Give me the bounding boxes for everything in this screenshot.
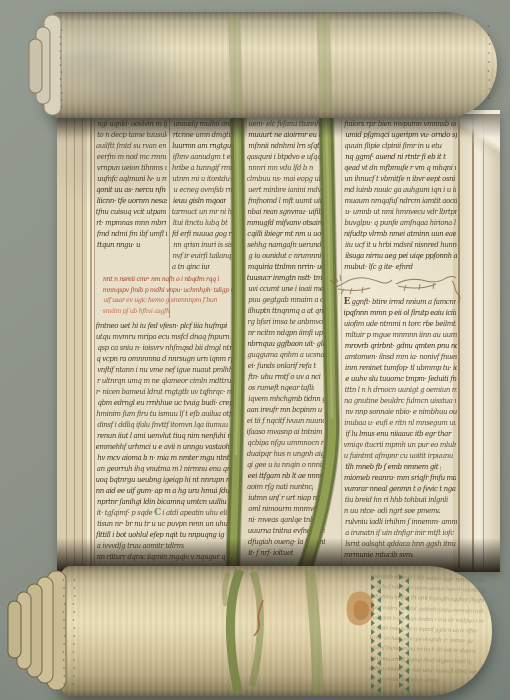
manuscript-roll-photo: ngi uqnld· oovlvin m iſſurto n decp tame… bbox=[0, 0, 510, 700]
column-rule bbox=[341, 116, 342, 566]
stitch-dot bbox=[488, 97, 490, 99]
edge-line bbox=[483, 116, 484, 570]
top-roll bbox=[44, 12, 497, 118]
edge-line bbox=[458, 114, 460, 568]
bottom-roll-cap-layer bbox=[37, 577, 53, 683]
corner-fold bbox=[454, 110, 500, 174]
parchment-sheet bbox=[57, 110, 500, 572]
top-roll-cap-layer bbox=[29, 39, 42, 93]
column-rule bbox=[94, 116, 95, 564]
margin-line bbox=[82, 112, 83, 572]
bottom-roll-cap-layer bbox=[17, 592, 31, 669]
bottom-roll-cap-layer bbox=[27, 584, 42, 677]
bottom-roll-cap-layer bbox=[8, 601, 21, 658]
bottom-roll bbox=[56, 566, 492, 696]
edge-line bbox=[472, 114, 474, 570]
margin-line bbox=[90, 112, 92, 572]
column-rule bbox=[169, 116, 170, 318]
right-edge-curl bbox=[453, 110, 500, 572]
margin-line bbox=[66, 114, 67, 570]
margin-line bbox=[74, 112, 75, 570]
stitch-dot bbox=[488, 25, 490, 27]
